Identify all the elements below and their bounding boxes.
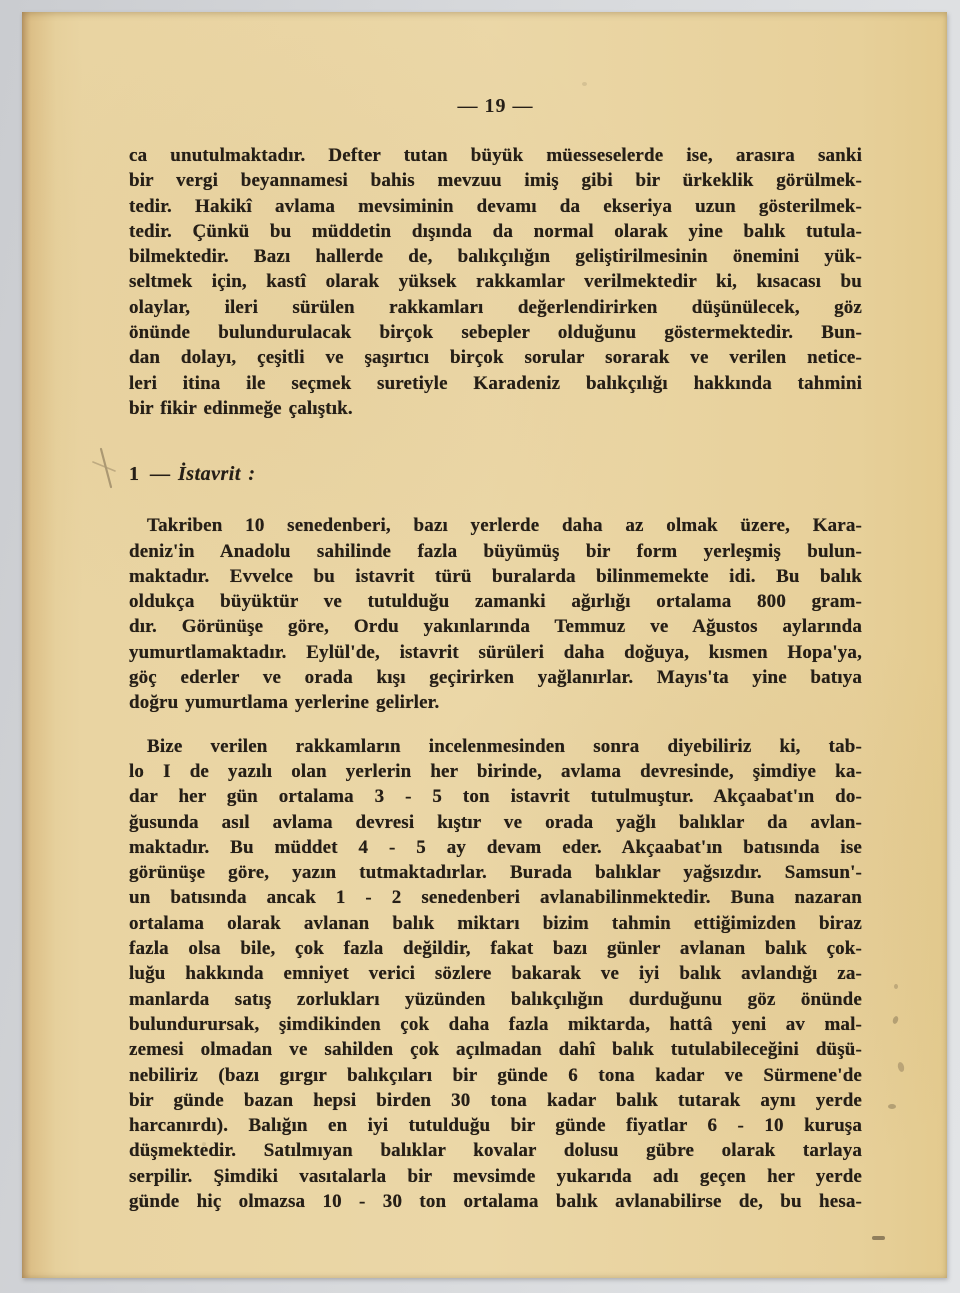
text-line: tedir. Çünkü bu müddetin dışında da norm… — [129, 219, 862, 244]
book-page: — 19 — ca unutulmaktadır. Defter tutan b… — [22, 12, 947, 1278]
text-line: ca unutulmaktadır. Defter tutan büyük mü… — [129, 143, 862, 168]
text-line: harcanırdı). Balığın en iyi tutulduğu bi… — [129, 1113, 862, 1138]
text-line: görünüşe göre, yazın tutmaktadırlar. Bur… — [129, 860, 862, 885]
text-line: Takriben 10 senedenberi, bazı yerlerde d… — [129, 513, 862, 538]
text-line: zemesi olmadan ve sahilden çok açılmadan… — [129, 1037, 862, 1062]
scanned-document: { "document": { "page_number": "— 19 —",… — [0, 0, 960, 1293]
text-line: tedir. Hakikî avlama mevsiminin devamı d… — [129, 194, 862, 219]
text-line: göç ederler ve orada kışı geçirirken yağ… — [129, 665, 862, 690]
paper-speck — [888, 1104, 896, 1109]
paper-speck — [202, 1142, 206, 1146]
text-line: bir fikir edinmeğe çalıştık. — [129, 396, 862, 421]
text-block: ca unutulmaktadır. Defter tutan büyük mü… — [129, 143, 862, 1214]
text-line: önünde bulundurulacak birçok sebepler ol… — [129, 320, 862, 345]
text-line: yumurtlamaktadır. Eylül'de, istavrit sür… — [129, 640, 862, 665]
text-line: deniz'in Anadolu sahilinde fazla büyümüş… — [129, 539, 862, 564]
pencil-mark — [88, 446, 122, 492]
text-line: ortalama olarak avlanan balık miktarı bi… — [129, 911, 862, 936]
paper-speck — [322, 654, 326, 658]
text-line: dır. Görünüşe göre, Ordu yakınlarında Te… — [129, 614, 862, 639]
text-line: dan dolayı, çeşitli ve şaşırtıcı birçok … — [129, 345, 862, 370]
section-number: 1 — — [129, 463, 172, 485]
text-line: maktadır. Bu müddet 4 - 5 ay devam eder.… — [129, 835, 862, 860]
paper-speck — [582, 82, 587, 86]
text-line: maktadır. Evvelce bu istavrit türü bural… — [129, 564, 862, 589]
text-line: doğru yumurtlama yerlerine gelirler. — [129, 690, 862, 715]
paper-speck — [892, 1015, 899, 1024]
paragraph-continuation: ca unutulmaktadır. Defter tutan büyük mü… — [129, 143, 862, 421]
text-line: leri itina ile seçmek suretiyle Karadeni… — [129, 371, 862, 396]
text-line: dar her gün ortalama 3 - 5 ton istavrit … — [129, 784, 862, 809]
text-line: oldukça büyüktür ve tutulduğu zamanki ağ… — [129, 589, 862, 614]
paragraph-catch-figures: Bize verilen rakkamların incelenmesinden… — [129, 734, 862, 1215]
text-line: luğu hakkında emniyet verici sözlere bak… — [129, 961, 862, 986]
text-line: nebiliriz (bazı gırgır balıkçıları bir g… — [129, 1063, 862, 1088]
section-heading: 1 —İstavrit : — [129, 461, 862, 487]
paper-speck — [897, 1061, 905, 1072]
text-line: bir vergi beyannamesi bahis mevzuu imiş … — [129, 168, 862, 193]
text-line: günde hiç olmazsa 10 - 30 ton ortalama b… — [129, 1189, 862, 1214]
text-line: bir günde bazan hepsi birden 30 tona kad… — [129, 1088, 862, 1113]
paper-speck — [894, 984, 898, 989]
text-line: serpilir. Şimdiki vasıtalarla bir mevsim… — [129, 1164, 862, 1189]
paragraph-istavrit-intro: Takriben 10 senedenberi, bazı yerlerde d… — [129, 513, 862, 715]
paper-speck — [872, 1236, 885, 1240]
page-number: — 19 — — [129, 95, 862, 118]
text-line: manlarda satış zorlukları yüzünden balık… — [129, 987, 862, 1012]
text-line: ğusunda asıl avlama devresi kıştır ve or… — [129, 810, 862, 835]
text-line: düşmektedir. Satılmıyan balıklar kovalar… — [129, 1138, 862, 1163]
text-line: bulundurursak, şimdikinden çok daha fazl… — [129, 1012, 862, 1037]
text-line: bilmektedir. Bazı hallerde de, balıkçılı… — [129, 244, 862, 269]
text-line: olaylar, ileri sürülen rakkamları değerl… — [129, 295, 862, 320]
text-line: fazla olsa bile, çok fazla değildir, fak… — [129, 936, 862, 961]
section-title: İstavrit : — [178, 463, 256, 485]
text-line: lo I de yazılı olan yerlerin her birinde… — [129, 759, 862, 784]
text-line: seltmek için, kastî olarak yüksek rakkam… — [129, 269, 862, 294]
text-line: un batısında ancak 1 - 2 senedenberi avl… — [129, 885, 862, 910]
text-line: Bize verilen rakkamların incelenmesinden… — [129, 734, 862, 759]
